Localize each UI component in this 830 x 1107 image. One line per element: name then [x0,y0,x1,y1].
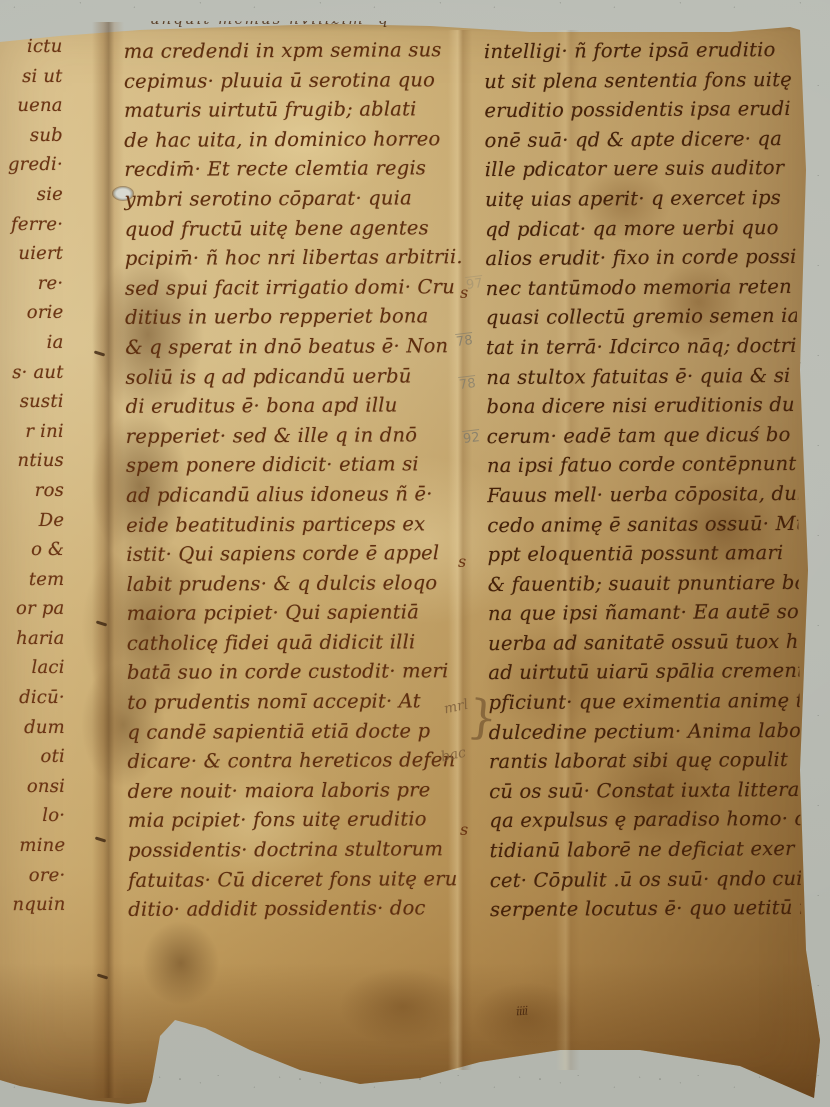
manuscript-photo: unquit mcmus nviilzim· q ictusi utuenasu… [0,0,830,1107]
section-mark: s [460,820,468,839]
pencil-number: 78 [455,332,473,349]
pencil-number: 92 [462,429,480,446]
section-mark: s [458,552,466,571]
marginalia-layer: sss 97787892 mrl bac } iiii [0,0,830,1107]
pencil-number: 97 [465,275,483,292]
quire-mark: iiii [516,1004,528,1019]
scribble-flourish-glyph: } [465,689,500,746]
pencil-number: 78 [458,375,476,392]
marginal-scribble: bac [440,746,468,766]
marginal-scribble: mrl [443,698,470,718]
